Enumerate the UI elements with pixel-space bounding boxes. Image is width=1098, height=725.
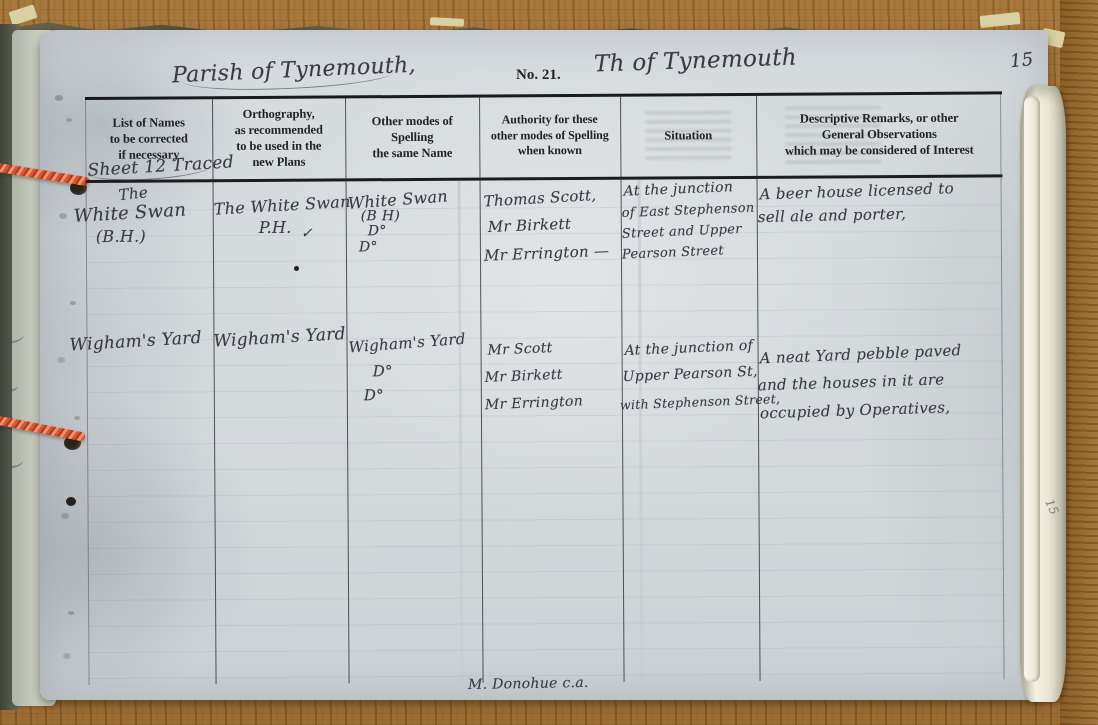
entry-row1-checkmark: ✓ — [301, 226, 313, 242]
entry-row1-othermode-line3: D° — [368, 223, 387, 239]
page-number: 15 — [1009, 49, 1035, 72]
entry-row2-othermode-line3: D° — [364, 386, 384, 404]
entry-row1-name-line3: (B.H.) — [96, 227, 146, 246]
entry-row1-orthography-line2: P.H. — [259, 218, 292, 237]
curled-page-edge — [1024, 96, 1040, 682]
entry-row2-authority-line1: Mr Scott — [487, 340, 553, 359]
torn-paper-scrap — [430, 17, 464, 27]
entry-row2-othermode-line2: D° — [373, 362, 393, 380]
entry-row1-remarks-line2: sell ale and porter, — [758, 205, 907, 226]
entry-row1-authority-line2: Mr Birkett — [487, 215, 571, 236]
header-descriptive-remarks: Descriptive Remarks, or other General Ob… — [756, 91, 1003, 176]
form-number: No. 21. — [516, 67, 561, 84]
examiner-signature: M. Donohue c.a. — [468, 675, 589, 693]
paper-creases — [55, 95, 63, 101]
entry-row1-othermode-line4: D° — [359, 239, 378, 255]
ink-blot — [66, 497, 76, 506]
header-other-modes: Other modes of Spelling the same Name — [345, 95, 480, 179]
photographed-ledger-page: Parish of Tynemouth, No. 21. Th of Tynem… — [0, 0, 1098, 725]
header-authority: Authority for these other modes of Spell… — [479, 94, 621, 178]
header-situation: Situation — [620, 93, 757, 177]
name-book-table: List of Names to be corrected if necessa… — [85, 91, 1006, 685]
entry-row2-authority-line2: Mr Birkett — [484, 367, 563, 386]
entry-row1-othermode-line2: (B H) — [361, 208, 400, 224]
